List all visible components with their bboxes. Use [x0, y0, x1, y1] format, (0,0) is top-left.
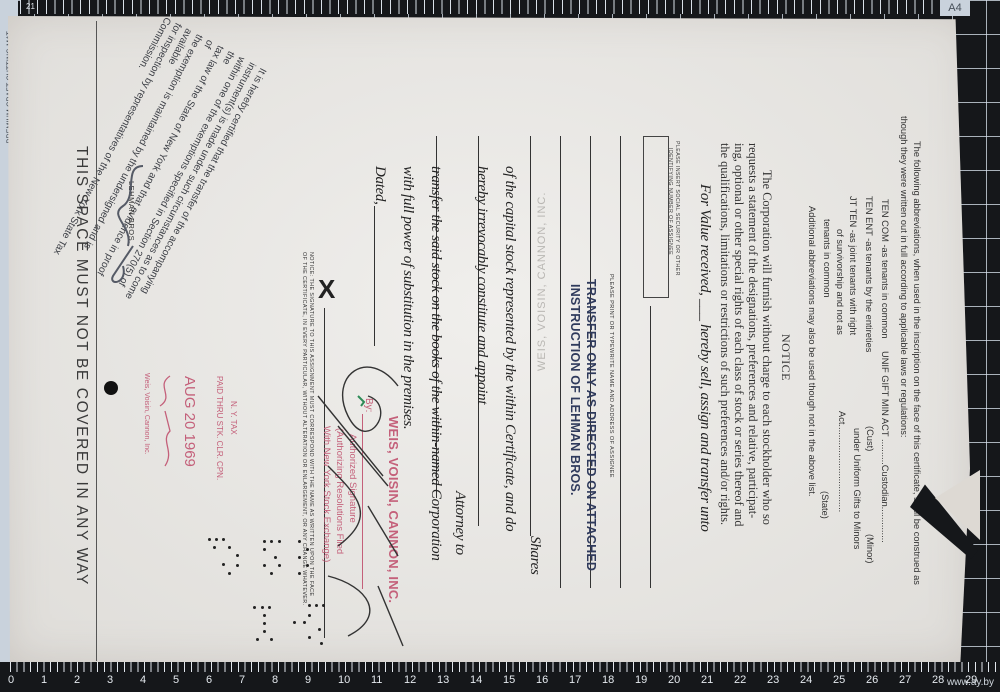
for-value-received: For Value received, ___ hereby sell, ass… — [696, 184, 713, 532]
faint-firm-stamp: WEIS, VOISIN, CANNON, INC. — [536, 192, 548, 371]
assignee-line-5[interactable] — [530, 136, 531, 536]
transfer-stamp-line-1: TRANSFER ONLY AS DIRECTED ON ATTACHED — [583, 279, 598, 571]
ruler-number: 27 — [899, 674, 932, 686]
notice-line-1: The Corporation will furnish without cha… — [760, 170, 774, 525]
tax-stamp-line-1: N. Y. TAX — [229, 401, 238, 435]
notice-line-4: the qualifications, limitations or restr… — [718, 143, 732, 525]
assignee-line-4[interactable] — [560, 136, 561, 588]
ruler-number: 9 — [305, 674, 338, 686]
ruler-number: 6 — [206, 674, 239, 686]
ruler-number: 23 — [767, 674, 800, 686]
capital-stock-text: of the capital stock represented by the … — [501, 166, 518, 531]
ruler-number: 14 — [470, 674, 503, 686]
ruler-number: 18 — [602, 674, 635, 686]
ruler-number: 7 — [239, 674, 272, 686]
abbr-minor: (Minor) — [863, 534, 876, 563]
ruler-number: 2 — [74, 674, 107, 686]
ruler-number: 24 — [800, 674, 833, 686]
top-ruler — [20, 0, 940, 14]
certificate-back: The following abbreviations, when used i… — [8, 16, 970, 662]
notice-line-3: ing, optional or other special rights of… — [732, 143, 746, 526]
bottom-ruler-ticks — [10, 662, 1000, 672]
abbr-jt-ten-2: of survivorship and not as — [833, 229, 846, 335]
ruler-number: 17 — [569, 674, 602, 686]
abbr-ten-com: TEN COM -as tenants in common — [878, 199, 891, 339]
abbreviations-intro-1: The following abbreviations, when used i… — [910, 141, 923, 585]
tax-stamp-date: AUG 20 1969 — [181, 376, 198, 467]
dated-line[interactable] — [374, 206, 375, 346]
transfer-stamp-line-2: INSTRUCTION OF LEHMAN BROS. — [567, 284, 582, 496]
abbr-jt-ten-3: tenants in common — [820, 219, 833, 298]
abbr-state: (State) — [818, 491, 831, 519]
abbr-under-ugma: under Uniform Gifts to Minors — [850, 428, 863, 549]
ruler-number: 0 — [8, 674, 41, 686]
assignee-line-1[interactable] — [650, 306, 651, 588]
margin-line — [96, 21, 97, 661]
ruler-number: 16 — [536, 674, 569, 686]
margin-notice: THIS SPACE MUST NOT BE COVERED IN ANY WA… — [72, 146, 90, 586]
ruler-number: 15 — [503, 674, 536, 686]
ruler-number: 10 — [338, 674, 371, 686]
ruler-number: 13 — [437, 674, 470, 686]
ruler-number: 8 — [272, 674, 305, 686]
print-name-label: PLEASE PRINT OR TYPEWRITE NAME AND ADDRE… — [607, 274, 614, 478]
assignee-line-2[interactable] — [620, 136, 621, 588]
lehman-signature — [103, 156, 153, 296]
tax-stamp-firm: Weis, Voisin, Cannon, Inc. — [143, 373, 150, 455]
shares-label: Shares — [526, 536, 543, 574]
ruler-number: 11 — [371, 674, 404, 686]
abbr-unif-gift: UNIF GIFT MIN ACT ..........Custodian...… — [878, 351, 891, 543]
abbr-cust: (Cust) — [863, 426, 876, 451]
ruler-number: 5 — [173, 674, 206, 686]
watermark: www.ay.by — [947, 677, 994, 688]
abbr-act: Act.................................. — [835, 411, 848, 512]
ruler-number: 4 — [140, 674, 173, 686]
a4-size-label: A4 — [940, 0, 970, 16]
ssn-box-label-1: PLEASE INSERT SOCIAL SECURITY OR OTHER — [673, 141, 680, 276]
transfer-books-text: transfer the said stock on the books of … — [427, 166, 444, 561]
ruler-number: 21 — [701, 674, 734, 686]
signature-x-mark: X — [318, 274, 335, 305]
abbr-ten-ent: TEN ENT -as tenants by the entireties — [862, 196, 875, 352]
notice-title: NOTICE — [778, 334, 793, 381]
ruler-number: 26 — [866, 674, 899, 686]
ruler-number: 12 — [404, 674, 437, 686]
attorney-to-label: Attorney to — [451, 491, 468, 555]
ruler-number: 3 — [107, 674, 140, 686]
abbreviations-intro-2: though they were written out in full acc… — [897, 116, 910, 437]
abbr-jt-ten-1: JT TEN -as joint tenants with right — [846, 196, 859, 335]
bottom-ruler: 0123456789101112131415161718192021222324… — [0, 662, 1000, 692]
ruler-number: 20 — [668, 674, 701, 686]
ssn-box-label-2: IDENTIFYING NUMBER OF ASSIGNEE — [666, 148, 673, 255]
notice-line-2: requests a statement of the designations… — [746, 143, 760, 518]
bottom-ruler-numbers: 0123456789101112131415161718192021222324… — [8, 674, 998, 686]
dated-label: Dated, — [371, 166, 388, 205]
ruler-number: 25 — [833, 674, 866, 686]
ruler-number: 1 — [41, 674, 74, 686]
top-ruler-number: 21 — [26, 2, 35, 11]
tax-stamp-signature — [150, 371, 180, 471]
ruler-number: 19 — [635, 674, 668, 686]
hereby-irrevocably-text: hereby irrevocably constitute and appoin… — [473, 166, 490, 404]
punch-hole — [104, 381, 118, 395]
tax-stamp-line-2: PAID THRU STK. CLR. CPN. — [215, 376, 224, 480]
signature-notice-2: OF THE CERTIFICATE, IN EVERY PARTICULAR,… — [300, 252, 307, 606]
authorized-signature — [308, 356, 418, 656]
ruler-number: 22 — [734, 674, 767, 686]
abbr-additional: Additional abbreviations may also be use… — [805, 206, 818, 496]
